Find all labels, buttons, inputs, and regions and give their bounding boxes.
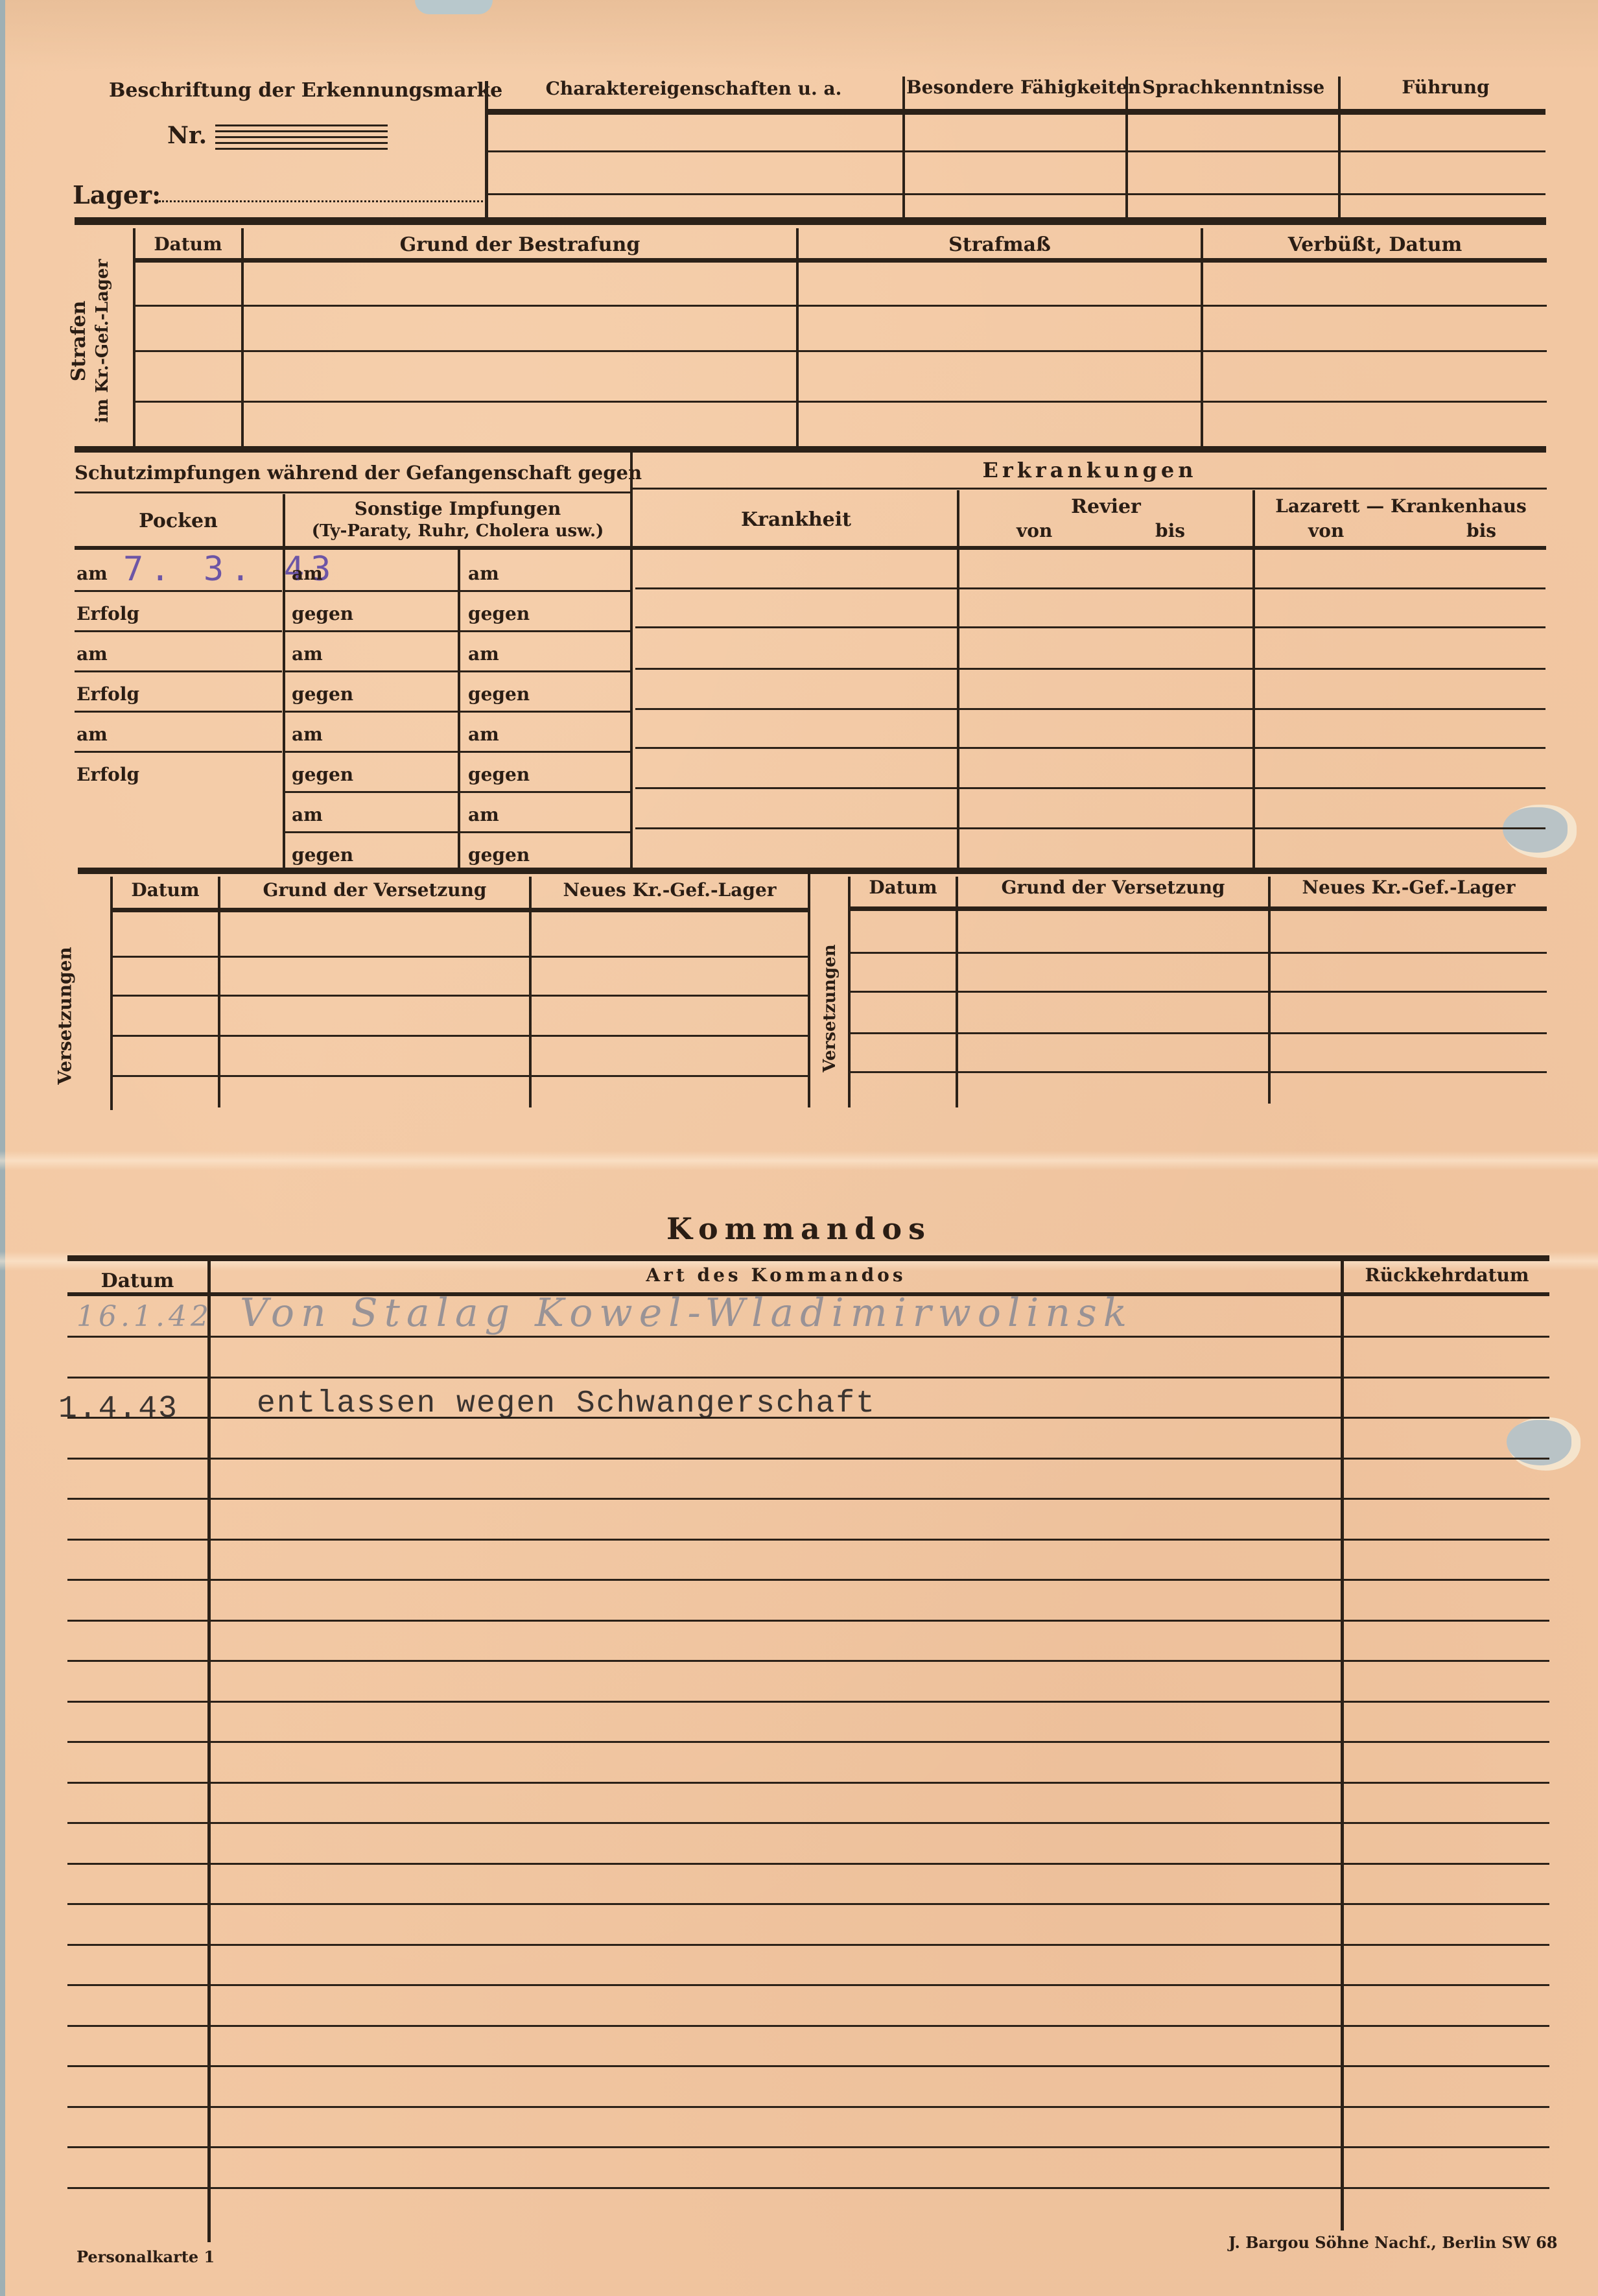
strafen-col-strafmass: Strafmaß bbox=[799, 233, 1201, 256]
kommandos-col-art: Art des Kommandos bbox=[211, 1264, 1341, 1286]
strafen-side-label: Strafen im Kr.-Gef.-Lager bbox=[67, 237, 114, 445]
erkrankungen-entry-area[interactable] bbox=[635, 551, 1545, 868]
rule bbox=[67, 2106, 1549, 2108]
sonstige-row-label: gegen bbox=[468, 683, 530, 705]
sonstige-row-label: am bbox=[292, 643, 323, 665]
section-rule bbox=[75, 217, 1546, 225]
sonstige-header: Sonstige Impfungen bbox=[285, 498, 630, 519]
rule bbox=[75, 491, 630, 493]
versetzungen-side-label-left: Versetzungen bbox=[54, 932, 76, 1100]
rule bbox=[488, 109, 1545, 115]
sonstige-row-label: gegen bbox=[468, 764, 530, 785]
sonstige-row-label: am bbox=[292, 563, 323, 584]
lager-field[interactable] bbox=[159, 198, 483, 202]
sonstige-row-label: am bbox=[292, 724, 323, 745]
rule bbox=[67, 1903, 1549, 1905]
pocken-header: Pocken bbox=[75, 510, 282, 532]
rule bbox=[67, 1944, 1549, 1946]
rule bbox=[851, 906, 1547, 911]
kommando-datum: 16.1.42 bbox=[76, 1300, 213, 1333]
versetzungen-right-entry-area[interactable] bbox=[851, 912, 1545, 1104]
kommandos-col-datum: Datum bbox=[67, 1270, 207, 1292]
col-divider bbox=[1338, 77, 1341, 220]
pocken-row-label: Erfolg bbox=[76, 603, 139, 624]
versetzungen-side-label-right: Versetzungen bbox=[820, 924, 840, 1093]
col-divider bbox=[808, 874, 810, 1107]
torn-top-edge bbox=[0, 0, 1598, 71]
rule bbox=[67, 1579, 1549, 1581]
versetzungen-left-entry-area[interactable] bbox=[113, 913, 806, 1107]
section-rule bbox=[67, 1255, 1549, 1261]
kommandos-title: Kommandos bbox=[0, 1211, 1598, 1246]
col-faehigkeiten: Besondere Fähigkeiten bbox=[906, 77, 1127, 98]
sonstige-row-label: am bbox=[468, 804, 499, 825]
personalkarte-page bbox=[0, 0, 1598, 2296]
sonstige-row-label: gegen bbox=[468, 844, 530, 866]
rule bbox=[75, 711, 282, 713]
krankheit-header: Krankheit bbox=[635, 508, 957, 531]
form-number: Personalkarte 1 bbox=[76, 2247, 215, 2266]
col-sprachkenntnisse: Sprachkenntnisse bbox=[1128, 77, 1339, 98]
vers-right-col-lager: Neues Kr.-Gef.-Lager bbox=[1271, 877, 1547, 898]
strafen-label-line1: Strafen bbox=[67, 237, 91, 445]
fold-crease bbox=[0, 1151, 1598, 1170]
rule bbox=[67, 2065, 1549, 2067]
faehigkeiten-field[interactable] bbox=[908, 115, 1123, 216]
scan-edge bbox=[0, 0, 5, 2296]
rule bbox=[67, 1539, 1549, 1541]
pocken-row-label: am bbox=[76, 724, 108, 745]
rule bbox=[67, 1701, 1549, 1703]
sonstige-subheader: (Ty-Paraty, Ruhr, Cholera usw.) bbox=[285, 521, 630, 541]
pocken-row-label: Erfolg bbox=[76, 683, 139, 705]
rule bbox=[285, 831, 630, 833]
col-divider bbox=[458, 547, 460, 868]
nr-label: Nr. bbox=[167, 122, 207, 149]
col-divider bbox=[207, 1261, 211, 2242]
revier-von: von bbox=[1016, 520, 1052, 541]
kommando-datum: 1.4.43 bbox=[58, 1391, 178, 1426]
rule bbox=[75, 670, 282, 672]
rule bbox=[67, 1984, 1549, 1986]
col-fuehrung: Führung bbox=[1342, 77, 1549, 98]
strafen-label-line2: im Kr.-Gef.-Lager bbox=[91, 237, 114, 445]
erkrankungen-title: Erkrankungen bbox=[633, 458, 1547, 482]
charakter-field[interactable] bbox=[493, 115, 900, 216]
rule bbox=[75, 630, 282, 632]
lazarett-bis: bis bbox=[1466, 520, 1496, 541]
printer-imprint: J. Bargou Söhne Nachf., Berlin SW 68 bbox=[1228, 2233, 1558, 2252]
kommando-art: Von Stalag Kowel-Wladimirwolinsk bbox=[240, 1290, 1133, 1336]
rule bbox=[285, 670, 630, 672]
col-divider bbox=[1125, 77, 1128, 220]
sonstige-row-label: gegen bbox=[292, 683, 353, 705]
pocken-row-label: Erfolg bbox=[76, 764, 139, 785]
strafen-col-verbuesst: Verbüßt, Datum bbox=[1203, 233, 1547, 256]
rule bbox=[285, 630, 630, 632]
rule bbox=[67, 1660, 1549, 1662]
sonstige-row-label: gegen bbox=[292, 603, 353, 624]
sprachkenntnisse-field[interactable] bbox=[1131, 115, 1335, 216]
lazarett-von: von bbox=[1308, 520, 1344, 541]
rule bbox=[135, 258, 1547, 263]
pocken-row-label: am bbox=[76, 563, 108, 584]
revier-header: Revier bbox=[959, 495, 1252, 518]
sonstige-row-label: am bbox=[468, 563, 499, 584]
section-rule bbox=[75, 446, 1546, 453]
rule bbox=[285, 711, 630, 713]
col-divider bbox=[630, 453, 633, 868]
vers-right-col-grund: Grund der Versetzung bbox=[958, 877, 1268, 898]
vers-left-col-grund: Grund der Versetzung bbox=[220, 879, 529, 901]
fuehrung-field[interactable] bbox=[1343, 115, 1545, 216]
col-charakter: Charaktereigenschaften u. a. bbox=[493, 78, 895, 99]
torn-notch bbox=[415, 0, 493, 14]
sonstige-row-label: gegen bbox=[292, 844, 353, 866]
nr-field[interactable] bbox=[215, 123, 388, 149]
strafen-col-datum: Datum bbox=[135, 233, 241, 255]
lager-label: Lager: bbox=[73, 180, 161, 209]
rule bbox=[67, 1417, 1549, 1419]
rule bbox=[633, 488, 1547, 490]
lazarett-header: Lazarett — Krankenhaus bbox=[1255, 495, 1547, 517]
tag-title: Beschriftung der Erkennungsmarke bbox=[109, 79, 502, 102]
rule bbox=[67, 1377, 1549, 1379]
rule bbox=[285, 590, 630, 592]
strafen-col-grund: Grund der Bestrafung bbox=[244, 233, 796, 256]
rule bbox=[67, 1782, 1549, 1784]
rule bbox=[67, 1741, 1549, 1743]
revier-bis: bis bbox=[1155, 520, 1185, 541]
impfungen-title: Schutzimpfungen während der Gefangenscha… bbox=[75, 462, 630, 484]
pocken-row-label: am bbox=[76, 643, 108, 665]
rule bbox=[113, 908, 808, 912]
rule bbox=[67, 2187, 1549, 2189]
rule bbox=[67, 2025, 1549, 2027]
rule bbox=[75, 590, 282, 592]
rule bbox=[67, 1498, 1549, 1500]
rule bbox=[67, 1822, 1549, 1824]
rule bbox=[75, 751, 282, 753]
col-divider bbox=[1341, 1261, 1344, 2231]
vers-left-col-lager: Neues Kr.-Gef.-Lager bbox=[532, 879, 808, 901]
vers-left-col-datum: Datum bbox=[113, 879, 218, 901]
rule bbox=[67, 1863, 1549, 1865]
section-rule bbox=[78, 868, 1547, 874]
rule bbox=[67, 2146, 1549, 2148]
kommandos-col-rueckkehr: Rückkehrdatum bbox=[1345, 1264, 1549, 1286]
sonstige-row-label: am bbox=[292, 804, 323, 825]
strafen-entry-area[interactable] bbox=[244, 263, 795, 445]
vers-right-col-datum: Datum bbox=[851, 877, 956, 898]
rule bbox=[67, 1336, 1549, 1338]
rule bbox=[67, 1458, 1549, 1460]
rule bbox=[67, 1620, 1549, 1622]
sonstige-row-label: am bbox=[468, 643, 499, 665]
rule bbox=[285, 791, 630, 793]
sonstige-row-label: gegen bbox=[292, 764, 353, 785]
rule bbox=[285, 751, 630, 753]
sonstige-row-label: am bbox=[468, 724, 499, 745]
kommando-art: entlassen wegen Schwangerschaft bbox=[257, 1386, 876, 1421]
sonstige-row-label: gegen bbox=[468, 603, 530, 624]
col-divider bbox=[902, 77, 905, 220]
